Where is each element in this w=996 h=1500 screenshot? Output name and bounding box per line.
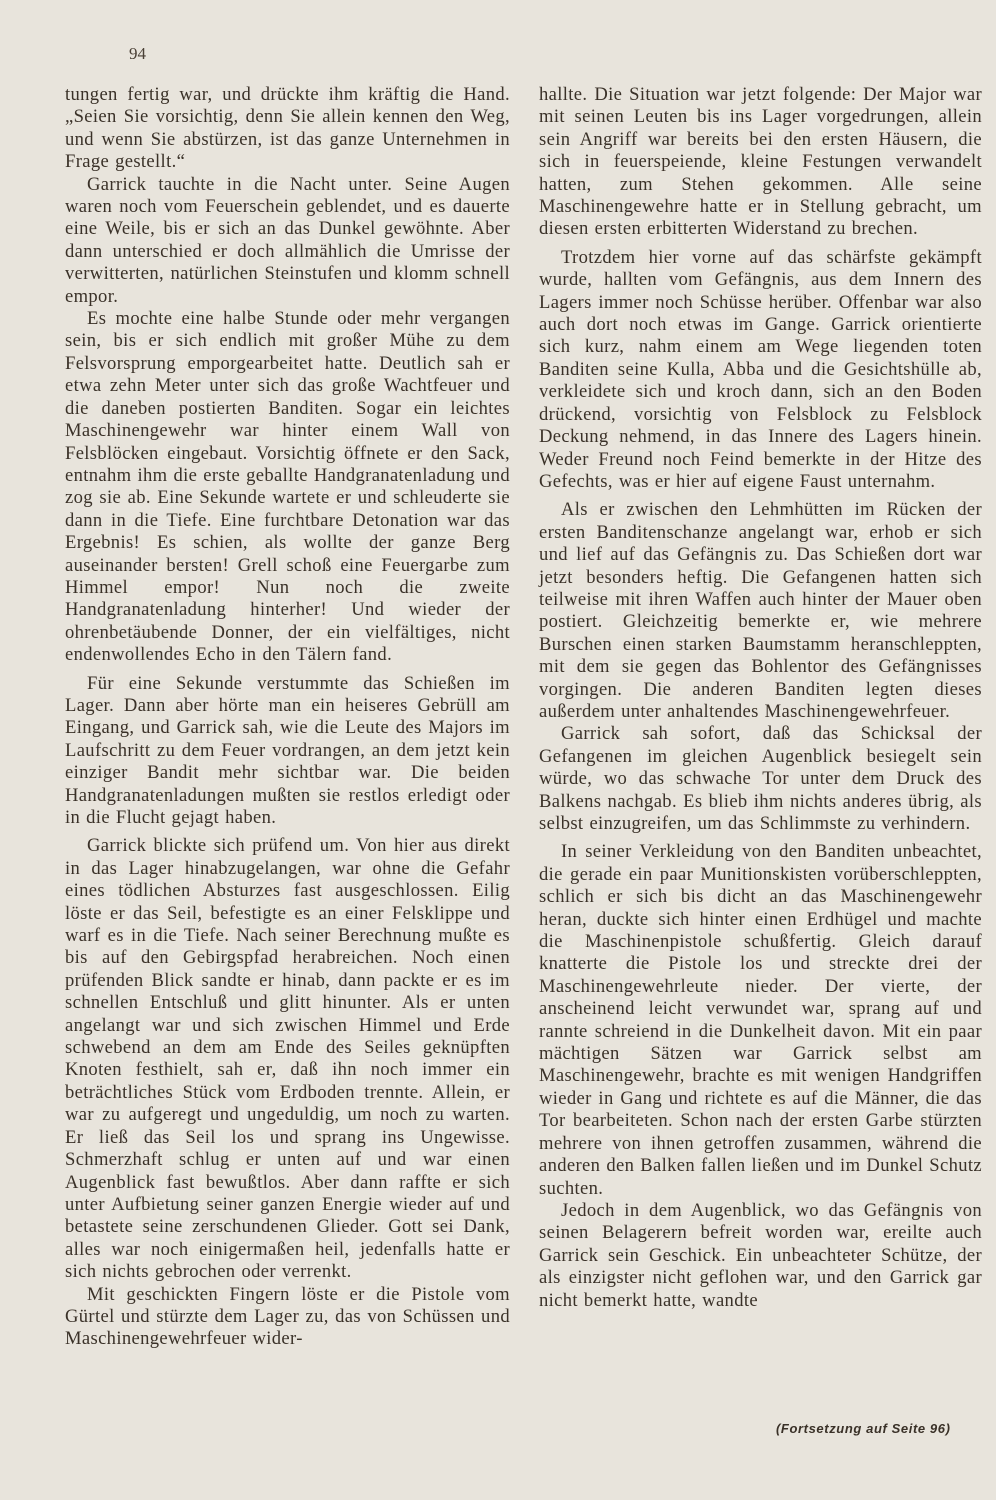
paragraph: tungen fertig war, und drückte ihm kräft… bbox=[65, 84, 510, 174]
paragraph: hallte. Die Situation war jetzt folgende… bbox=[539, 84, 982, 241]
paragraph: Mit geschickten Fingern löste er die Pis… bbox=[65, 1284, 510, 1351]
left-column: tungen fertig war, und drückte ihm kräft… bbox=[65, 84, 510, 1351]
book-page: 94 tungen fertig war, und drückte ihm kr… bbox=[0, 0, 996, 1500]
page-number: 94 bbox=[129, 44, 146, 64]
paragraph: Es mochte eine halbe Stunde oder mehr ve… bbox=[65, 308, 510, 667]
paragraph: In seiner Verkleidung von den Banditen u… bbox=[539, 841, 982, 1200]
paragraph: Als er zwischen den Lehmhütten im Rücken… bbox=[539, 499, 982, 723]
paragraph: Jedoch in dem Augenblick, wo das Gefängn… bbox=[539, 1200, 982, 1312]
right-column: hallte. Die Situation war jetzt folgende… bbox=[539, 84, 982, 1312]
paragraph: Garrick tauchte in die Nacht unter. Sein… bbox=[65, 174, 510, 308]
continuation-note: (Fortsetzung auf Seite 96) bbox=[776, 1421, 951, 1436]
paragraph: Für eine Sekunde verstummte das Schießen… bbox=[65, 673, 510, 830]
paragraph: Trotzdem hier vorne auf das schärfste ge… bbox=[539, 247, 982, 493]
paragraph: Garrick blickte sich prüfend um. Von hie… bbox=[65, 835, 510, 1283]
paragraph: Garrick sah sofort, daß das Schicksal de… bbox=[539, 723, 982, 835]
